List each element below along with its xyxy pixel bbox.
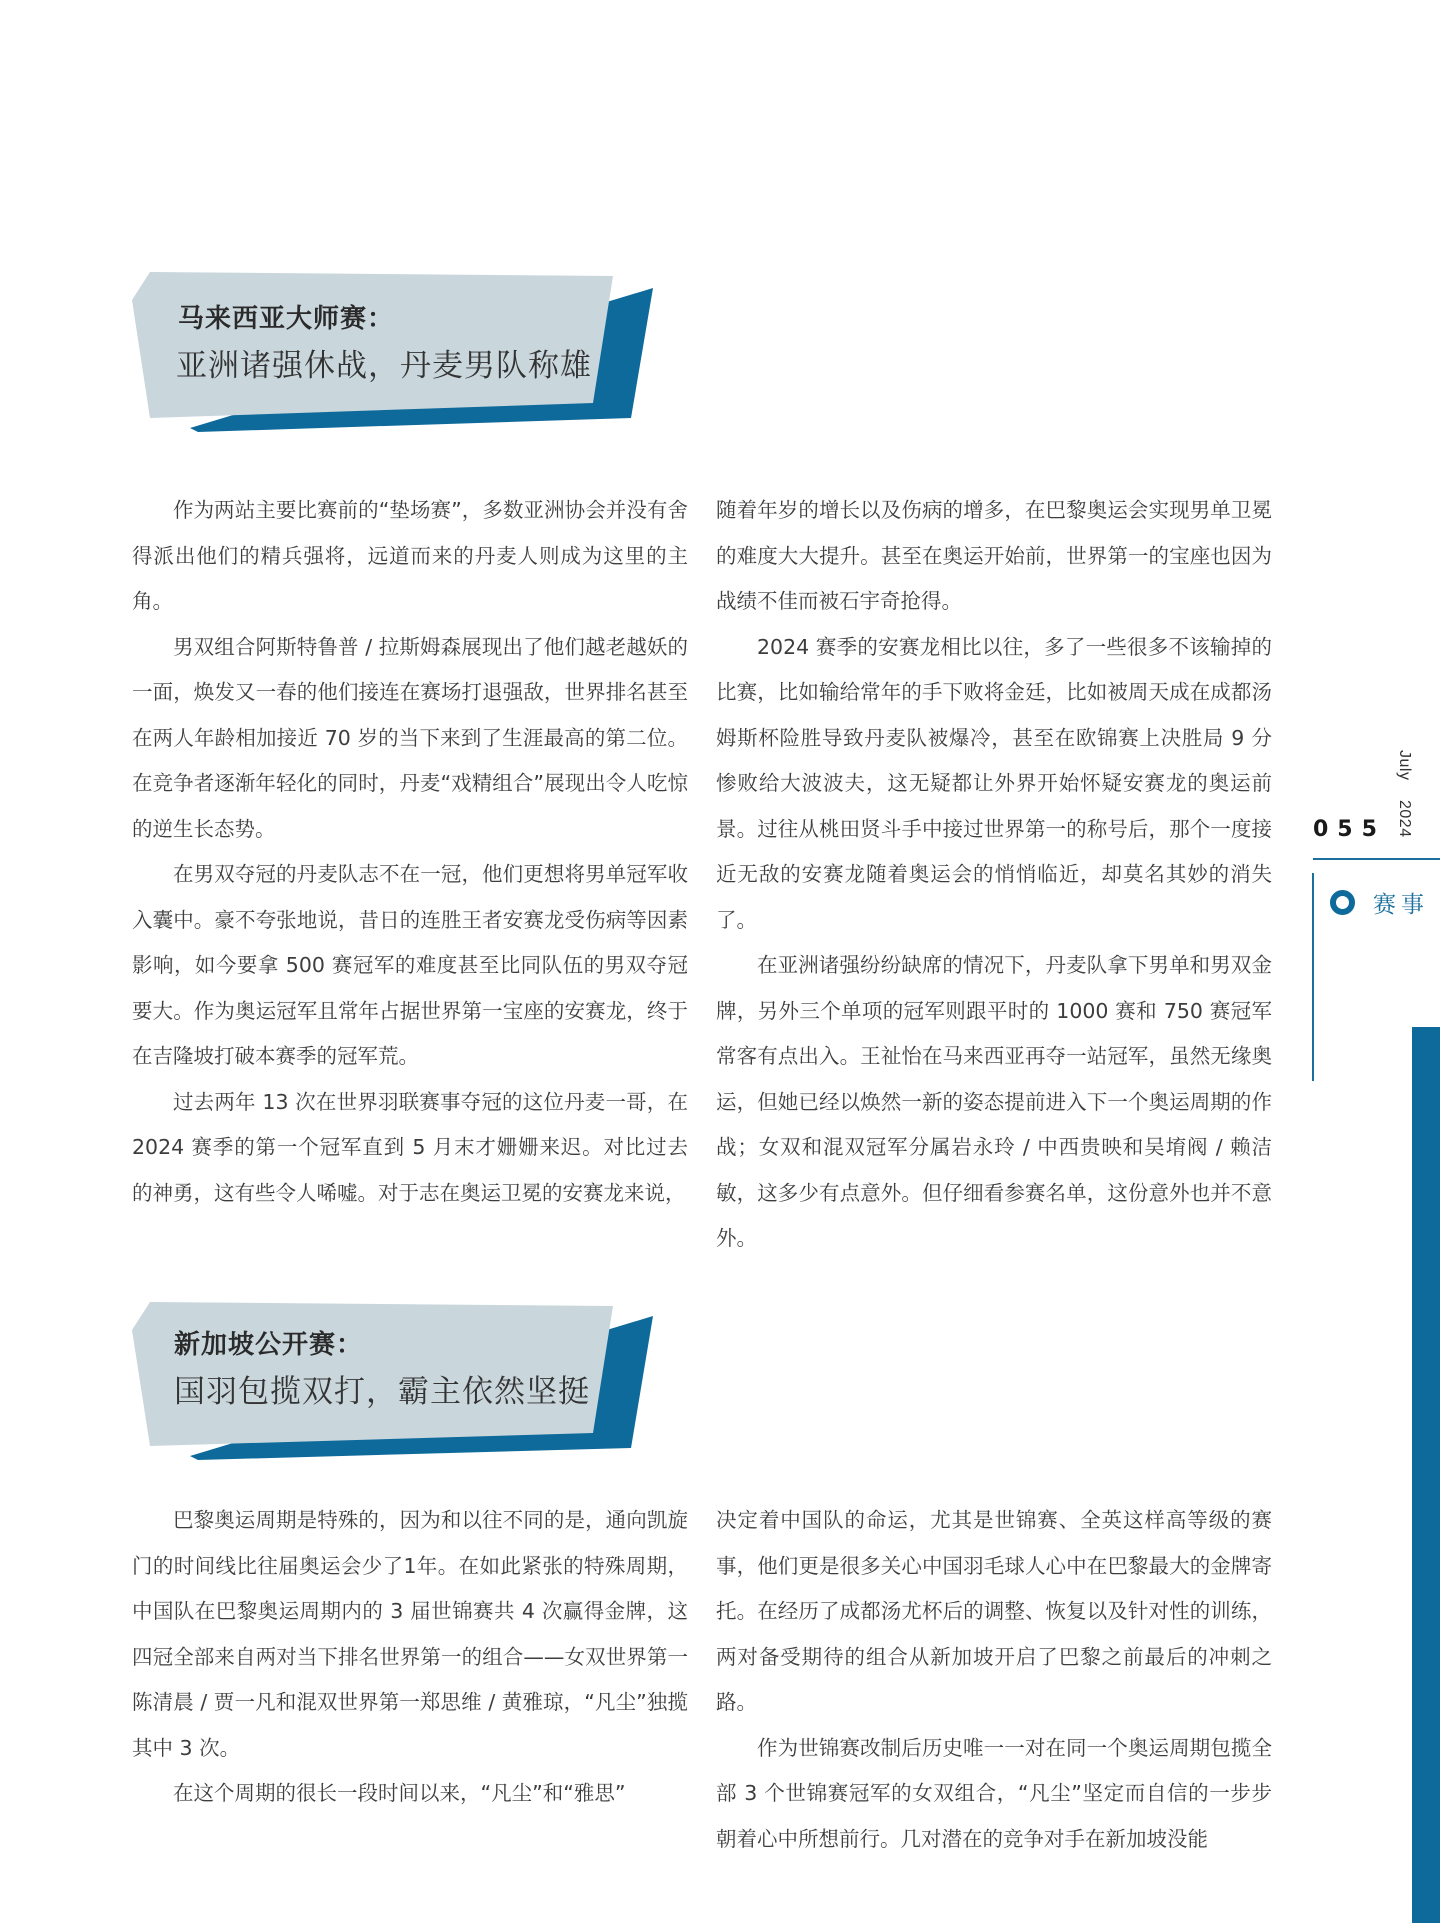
section-kicker: 马来西亚大师赛： — [178, 298, 394, 335]
section-banner-malaysia: 马来西亚大师赛： 亚洲诸强休战，丹麦男队称雄 — [128, 268, 688, 438]
paragraph: 在这个周期的很长一段时间以来，“凡尘”和“雅思” — [132, 1771, 688, 1817]
section-tag: 赛事 — [1330, 886, 1429, 919]
article-column-right: 决定着中国队的命运，尤其是世锦赛、全英这样高等级的赛事，他们更是很多关心中国羽毛… — [716, 1498, 1272, 1862]
section-headline: 亚洲诸强休战，丹麦男队称雄 — [176, 340, 592, 385]
divider — [1313, 858, 1440, 860]
section-banner-singapore: 新加坡公开赛： 国羽包揽双打，霸主依然坚挺 — [128, 1298, 688, 1468]
section-headline: 国羽包揽双打，霸主依然坚挺 — [174, 1366, 590, 1411]
paragraph: 作为两站主要比赛前的“垫场赛”，多数亚洲协会并没有舍得派出他们的精兵强将，远道而… — [132, 488, 688, 625]
paragraph: 男双组合阿斯特鲁普 / 拉斯姆森展现出了他们越老越妖的一面，焕发又一春的他们接连… — [132, 625, 688, 853]
page-number: 055 — [1313, 817, 1386, 842]
section-kicker: 新加坡公开赛： — [174, 1324, 363, 1361]
magazine-page: 马来西亚大师赛： 亚洲诸强休战，丹麦男队称雄 作为两站主要比赛前的“垫场赛”，多… — [0, 0, 1440, 1923]
divider — [1312, 873, 1314, 1081]
paragraph: 随着年岁的增长以及伤病的增多，在巴黎奥运会实现男单卫冕的难度大大提升。甚至在奥运… — [716, 488, 1272, 625]
paragraph: 2024 赛季的安赛龙相比以往，多了一些很多不该输掉的比赛，比如输给常年的手下败… — [716, 625, 1272, 944]
edge-color-bar — [1412, 1027, 1440, 1923]
issue-month: July — [1395, 750, 1413, 780]
ring-bullet-icon — [1330, 890, 1355, 915]
paragraph: 决定着中国队的命运，尤其是世锦赛、全英这样高等级的赛事，他们更是很多关心中国羽毛… — [716, 1498, 1272, 1726]
issue-date: July2024 — [1395, 750, 1413, 838]
issue-year: 2024 — [1395, 800, 1413, 838]
paragraph: 作为世锦赛改制后历史唯一一对在同一个奥运周期包揽全部 3 个世锦赛冠军的女双组合… — [716, 1726, 1272, 1863]
article-column-left: 作为两站主要比赛前的“垫场赛”，多数亚洲协会并没有舍得派出他们的精兵强将，远道而… — [132, 488, 688, 1216]
section-label: 赛事 — [1373, 886, 1429, 919]
paragraph: 在男双夺冠的丹麦队志不在一冠，他们更想将男单冠军收入囊中。豪不夸张地说，昔日的连… — [132, 852, 688, 1080]
paragraph: 过去两年 13 次在世界羽联赛事夺冠的这位丹麦一哥，在 2024 赛季的第一个冠… — [132, 1080, 688, 1217]
paragraph: 巴黎奥运周期是特殊的，因为和以往不同的是，通向凯旋门的时间线比往届奥运会少了1年… — [132, 1498, 688, 1771]
paragraph: 在亚洲诸强纷纷缺席的情况下，丹麦队拿下男单和男双金牌，另外三个单项的冠军则跟平时… — [716, 943, 1272, 1262]
article-column-left: 巴黎奥运周期是特殊的，因为和以往不同的是，通向凯旋门的时间线比往届奥运会少了1年… — [132, 1498, 688, 1817]
article-column-right: 随着年岁的增长以及伤病的增多，在巴黎奥运会实现男单卫冕的难度大大提升。甚至在奥运… — [716, 488, 1272, 1262]
